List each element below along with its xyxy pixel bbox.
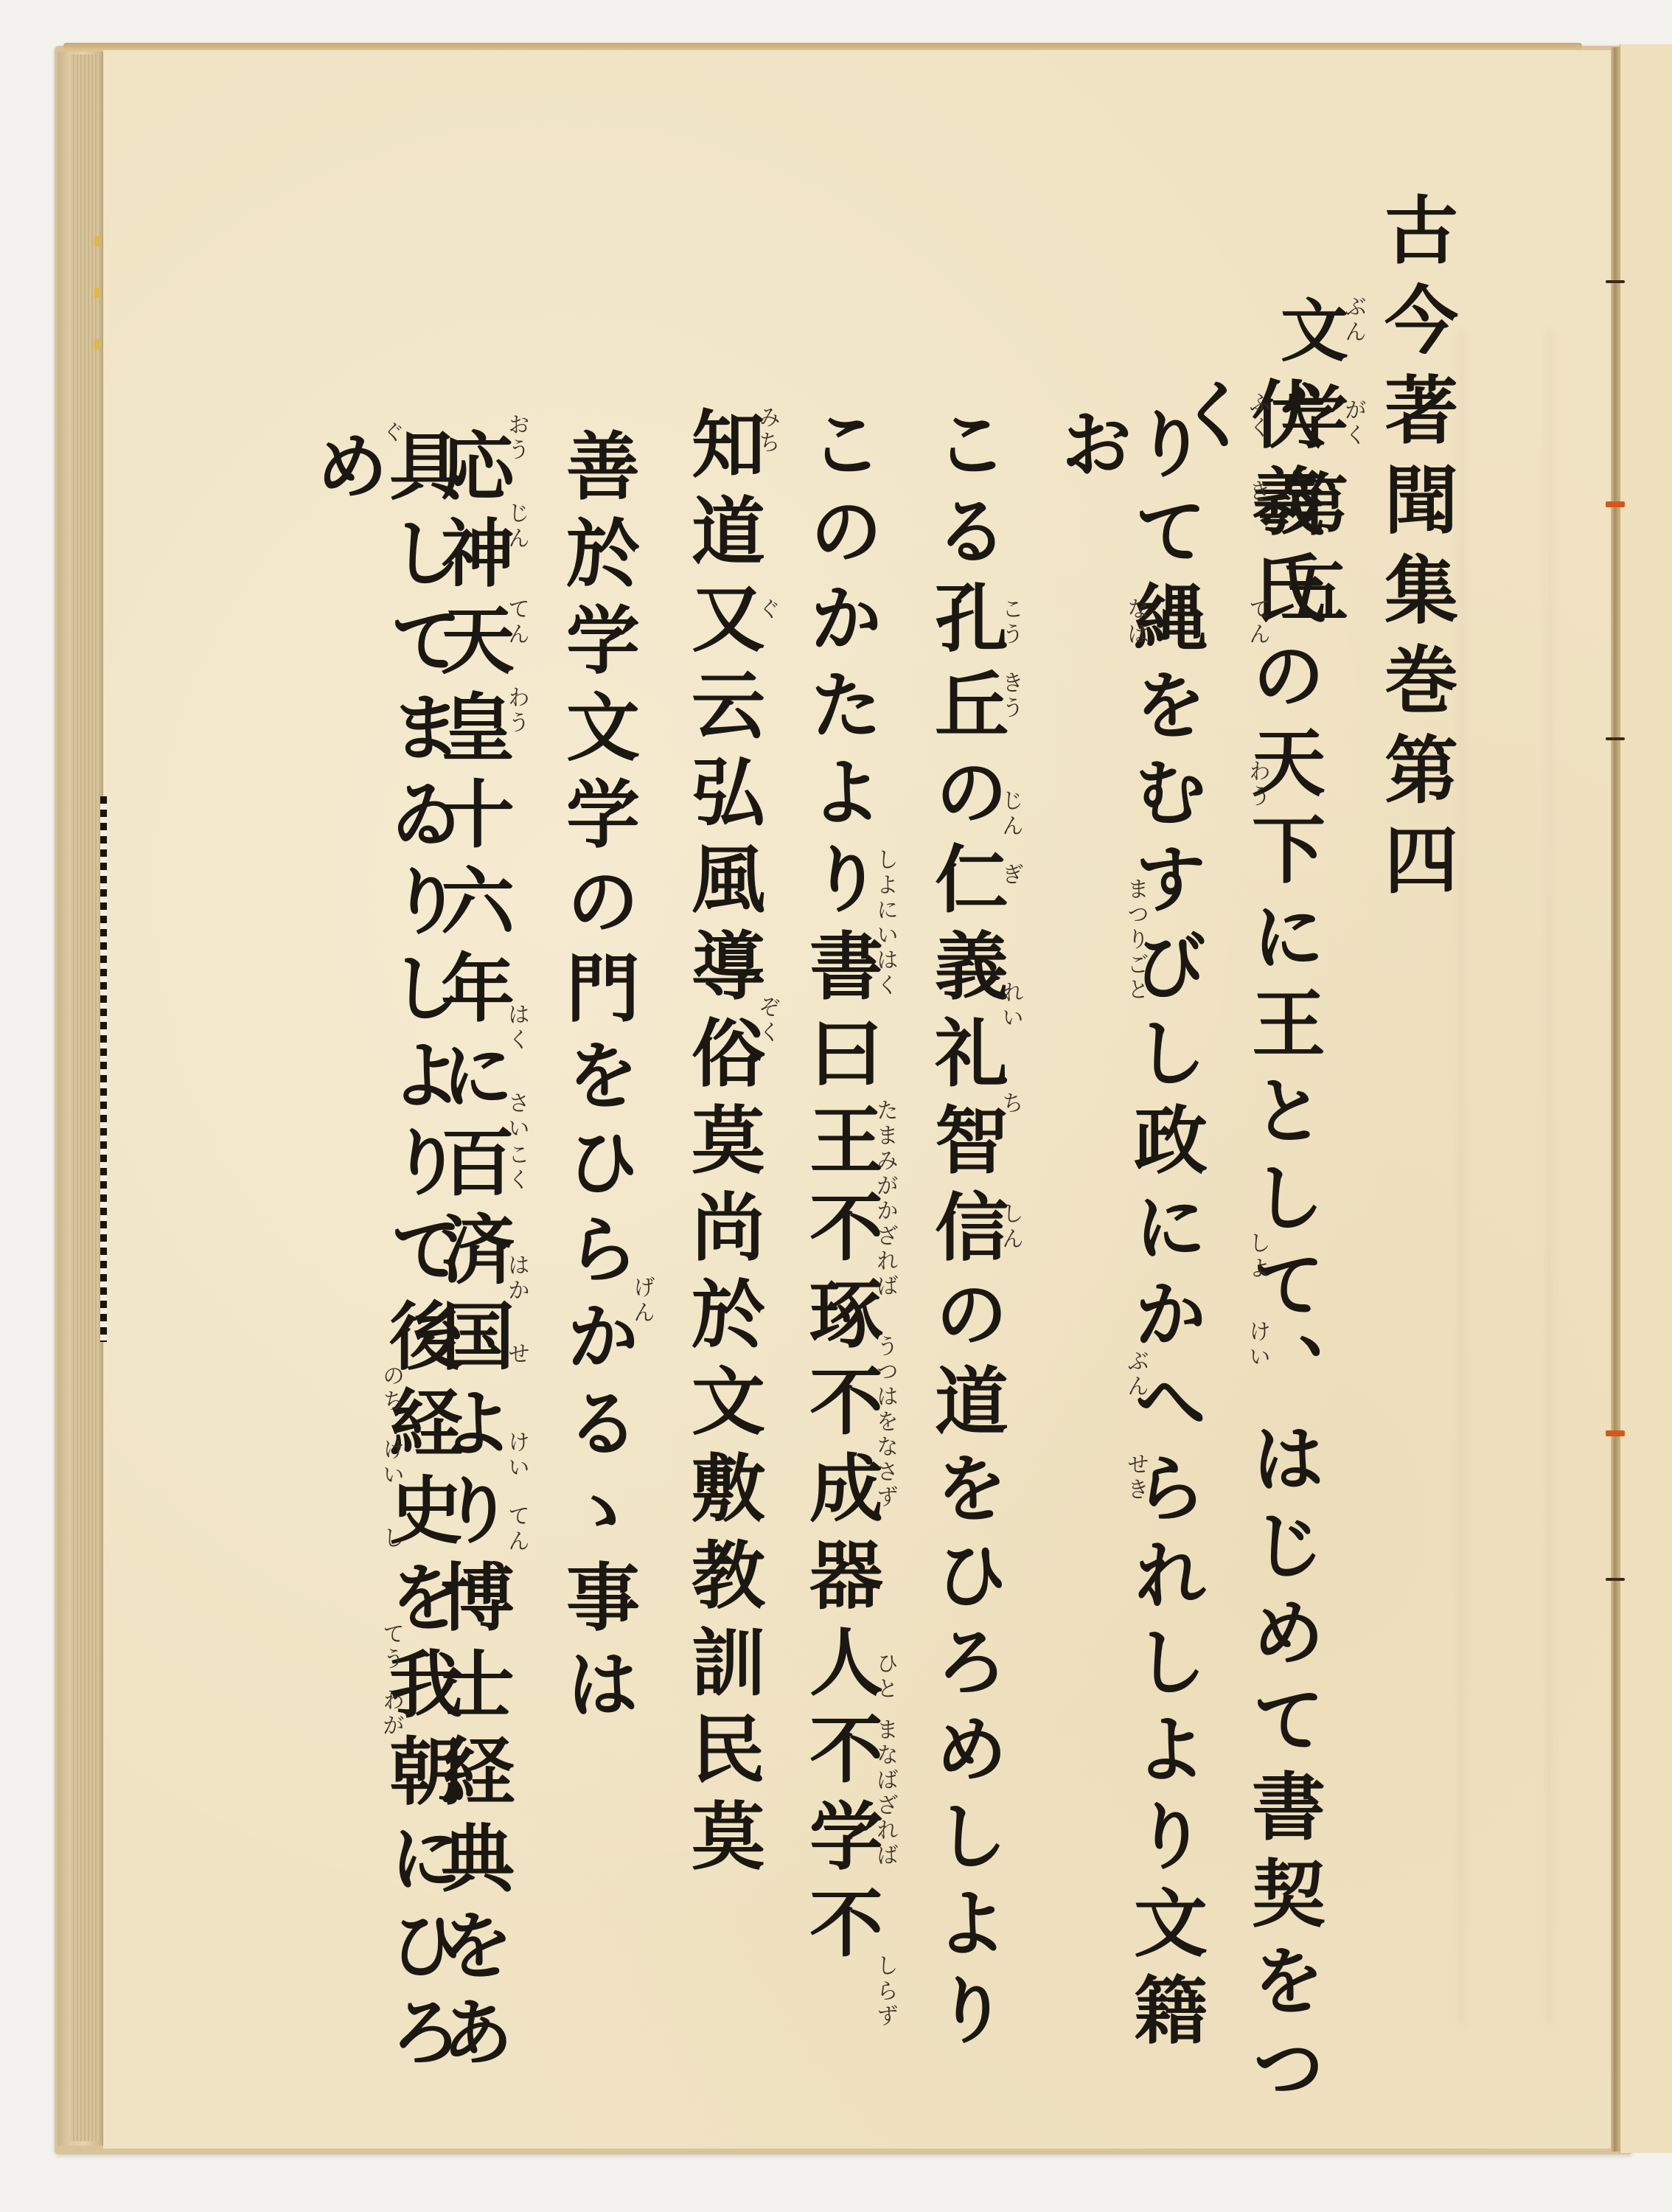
column-4-ruby: しよにいはく [874, 848, 896, 998]
section-ruby: ぶん [1342, 295, 1364, 345]
column-5-ruby: みち [756, 406, 778, 456]
column-7-ruby: おう [505, 413, 527, 463]
text-column-3: こる孔丘の仁義礼智信の道をひろめしより [929, 406, 1003, 2059]
text-block: 古今著聞集巻第四 文学第五 ぶん がく 伏羲氏の天下に王として、はじめて書契をつ… [214, 184, 1452, 2116]
binding-stitch [1606, 1578, 1625, 1581]
column-2-ruby: なは [1124, 597, 1146, 647]
column-3-ruby: こう [999, 597, 1021, 647]
column-8-ruby: てう [380, 1622, 402, 1672]
column-3-ruby: れい [999, 981, 1021, 1031]
binding-stitch [1606, 280, 1625, 283]
text-column-5: 知道又云弘風導俗莫尚於文敷教訓民莫 [686, 406, 759, 1885]
column-2-ruby: せき [1124, 1453, 1146, 1503]
column-8-ruby: し [380, 1526, 402, 1551]
column-2-ruby: まつりごと [1124, 877, 1146, 1003]
column-4-ruby: まなばざれば [874, 1718, 896, 1868]
column-1-ruby: き [1246, 479, 1268, 504]
color-calibration-bar [100, 796, 107, 1342]
column-4-ruby: しらず [874, 1954, 896, 2029]
text-column-6: 善於学文学の門をひらかるゝ事は [560, 428, 634, 1733]
column-6-ruby: げん [630, 1276, 652, 1326]
column-7-ruby: じん [505, 501, 527, 552]
column-7-ruby: はく [505, 1003, 527, 1053]
column-1-ruby: てん [1246, 597, 1268, 647]
column-1-ruby: けい [1246, 1320, 1268, 1370]
column-7-ruby: せ [505, 1342, 527, 1367]
column-4-ruby: ひと [874, 1652, 896, 1702]
column-5-ruby: ぐ [756, 597, 778, 622]
column-5-ruby: ぞく [756, 995, 778, 1046]
column-3-ruby: しん [999, 1202, 1021, 1252]
gold-speckle-decoration [94, 236, 99, 383]
column-7-ruby: はか [505, 1253, 527, 1304]
facing-page-edge [1620, 44, 1672, 2153]
column-1-ruby: しよ [1246, 1231, 1268, 1281]
column-4-ruby: うつはをなさず [874, 1335, 896, 1510]
column-7-ruby: けい [505, 1430, 527, 1481]
column-8-ruby: わが [380, 1688, 402, 1739]
section-ruby: がく [1342, 398, 1364, 448]
binding-stitch [1606, 737, 1625, 740]
text-column-2: りて縄をむすびし政にかへられしより文籍お [1054, 406, 1202, 2116]
column-8-ruby: のち [380, 1364, 402, 1414]
column-1-ruby: わう [1246, 759, 1268, 810]
column-7-ruby: わう [505, 686, 527, 736]
column-2-ruby: ぶん [1124, 1349, 1146, 1399]
book-title: 古今著聞集巻第四 [1379, 192, 1452, 911]
column-8-ruby: けい [380, 1438, 402, 1488]
text-column-4: このかたより書曰王不琢不成器人不学不 [804, 406, 877, 1972]
column-8-ruby: ぐ [380, 420, 402, 445]
column-3-ruby: じん [999, 789, 1021, 839]
binding-stitch-red [1606, 501, 1625, 507]
binding-stitch-red [1606, 1430, 1625, 1436]
column-3-ruby: ち [999, 1091, 1021, 1116]
column-7-ruby: さい [505, 1091, 527, 1141]
column-7-ruby: てん [505, 597, 527, 647]
column-3-ruby: きう [999, 671, 1021, 721]
column-1-ruby: ふく [1246, 391, 1268, 441]
column-7-ruby: こく [505, 1143, 527, 1193]
text-column-8: 具してまゐりしよりて後経史を我朝にひろめ [310, 428, 457, 2116]
spine-fold [1611, 47, 1620, 2152]
column-7-ruby: てん [505, 1504, 527, 1554]
column-3-ruby: ぎ [999, 863, 1021, 888]
column-4-ruby: たまみがかざれば [874, 1099, 896, 1299]
